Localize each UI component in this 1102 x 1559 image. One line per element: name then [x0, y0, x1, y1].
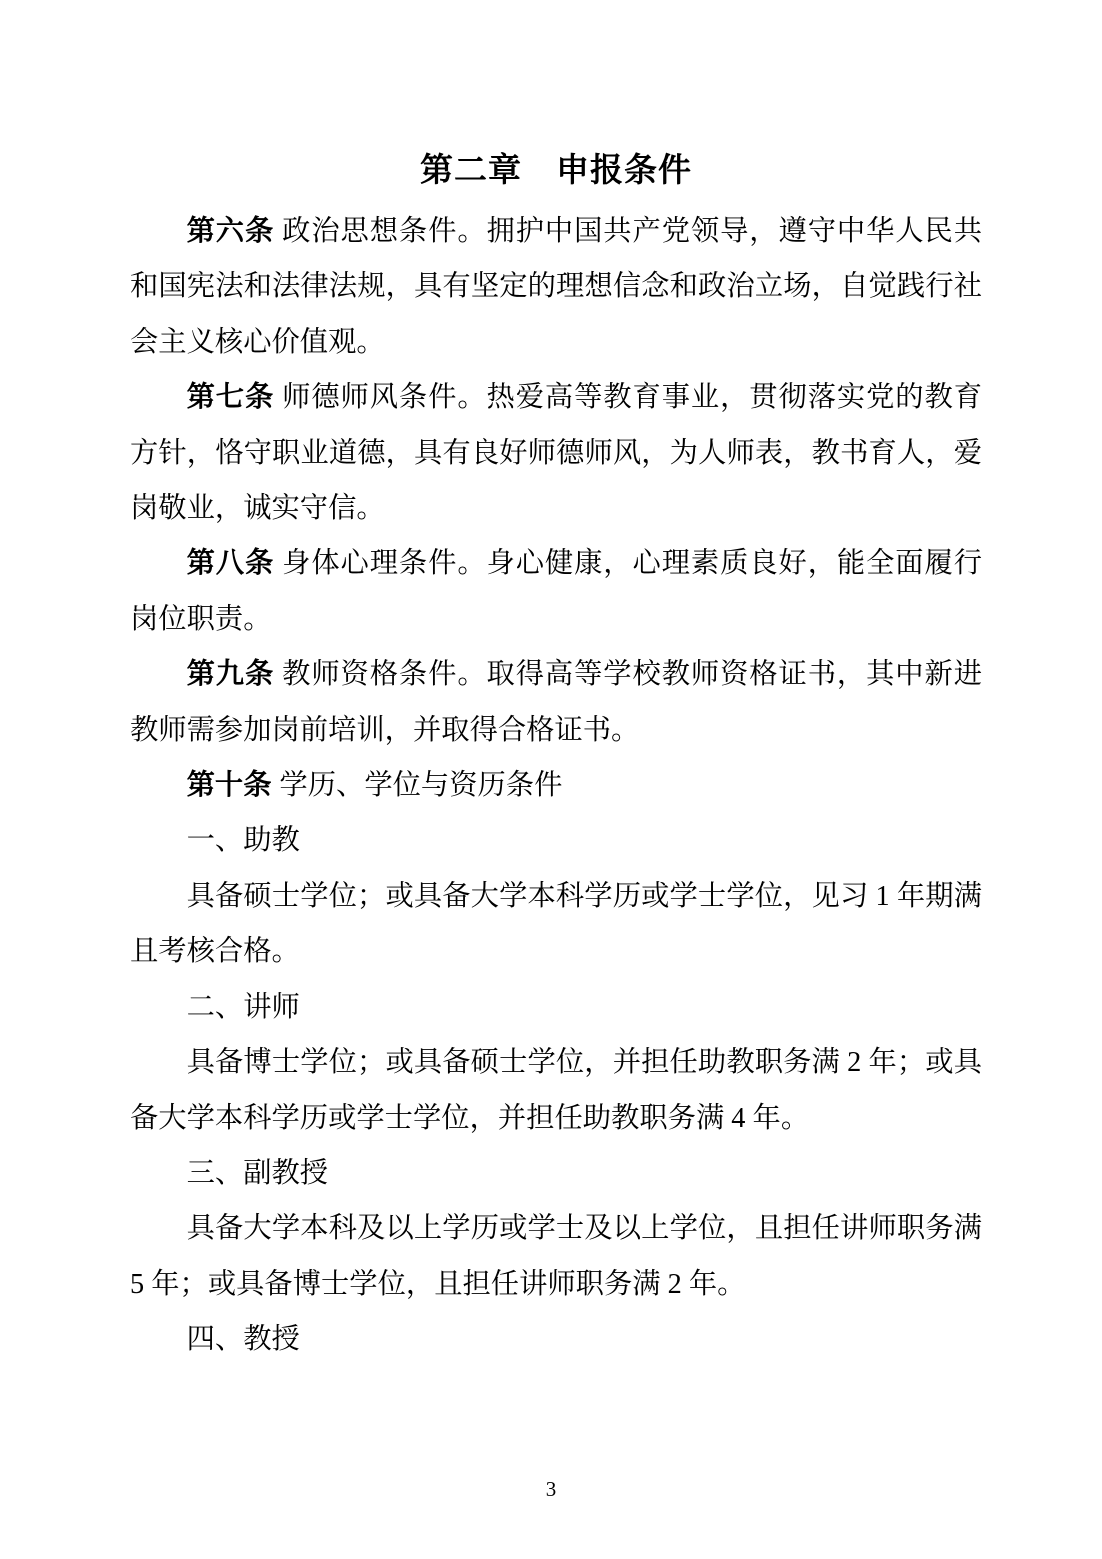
article-paragraph: 第九条教师资格条件。取得高等学校教师资格证书，其中新进教师需参加岗前培训，并取得…: [130, 647, 982, 758]
paragraph-text: 三、副教授: [187, 1158, 329, 1189]
body-paragraph: 具备大学本科及以上学历或学士及以上学位，且担任讲师职务满 5 年；或具备博士学位…: [130, 1201, 982, 1312]
body-paragraph: 一、助教: [130, 813, 982, 868]
article-label: 第九条: [187, 659, 275, 690]
body-paragraph: 三、副教授: [130, 1146, 982, 1201]
paragraph-list: 第六条政治思想条件。拥护中国共产党领导，遵守中华人民共和国宪法和法律法规，具有坚…: [130, 204, 982, 1368]
article-paragraph: 第八条身体心理条件。身心健康，心理素质良好，能全面履行岗位职责。: [130, 536, 982, 647]
body-paragraph: 具备博士学位；或具备硕士学位，并担任助教职务满 2 年；或具备大学本科学历或学士…: [130, 1035, 982, 1146]
article-label: 第六条: [187, 216, 275, 247]
paragraph-text: 二、讲师: [187, 992, 300, 1023]
body-paragraph: 具备硕士学位；或具备大学本科学历或学士学位，见习 1 年期满且考核合格。: [130, 869, 982, 980]
article-label: 第七条: [187, 382, 275, 413]
paragraph-text: 具备硕士学位；或具备大学本科学历或学士学位，见习 1 年期满且考核合格。: [130, 881, 982, 967]
paragraph-text: 具备大学本科及以上学历或学士及以上学位，且担任讲师职务满 5 年；或具备博士学位…: [130, 1213, 982, 1299]
paragraph-text: 学历、学位与资历条件: [279, 770, 562, 801]
document-page: 第二章 申报条件 第六条政治思想条件。拥护中国共产党领导，遵守中华人民共和国宪法…: [0, 0, 1102, 1559]
article-paragraph: 第七条师德师风条件。热爱高等教育事业，贯彻落实党的教育方针，恪守职业道德，具有良…: [130, 370, 982, 536]
article-label: 第十条: [187, 770, 272, 801]
paragraph-text: 四、教授: [187, 1324, 300, 1355]
article-paragraph: 第六条政治思想条件。拥护中国共产党领导，遵守中华人民共和国宪法和法律法规，具有坚…: [130, 204, 982, 370]
body-paragraph: 二、讲师: [130, 980, 982, 1035]
article-paragraph: 第十条学历、学位与资历条件: [130, 758, 982, 813]
chapter-title: 第二章 申报条件: [130, 140, 982, 200]
article-label: 第八条: [187, 548, 275, 579]
paragraph-text: 具备博士学位；或具备硕士学位，并担任助教职务满 2 年；或具备大学本科学历或学士…: [130, 1047, 982, 1133]
page-number: 3: [0, 1476, 1102, 1502]
paragraph-text: 一、助教: [187, 825, 300, 856]
body-paragraph: 四、教授: [130, 1312, 982, 1367]
document-content: 第二章 申报条件 第六条政治思想条件。拥护中国共产党领导，遵守中华人民共和国宪法…: [130, 140, 982, 1368]
